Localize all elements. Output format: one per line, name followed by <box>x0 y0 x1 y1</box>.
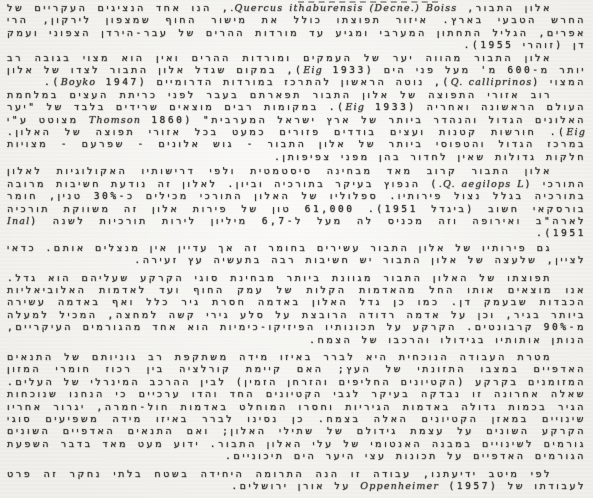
hebrew-text-run: אלון התבור, <box>457 3 552 14</box>
latin-term: Inal <box>7 216 30 227</box>
paragraph: גם פירותיו של אלון התבור עשירים בחומר זה… <box>7 243 586 268</box>
hebrew-text-run: גם פירותיו של אלון התבור עשירים בחומר זה… <box>7 243 586 266</box>
latin-term: Oppenheimer <box>360 481 439 492</box>
paragraph: אלון התבור מהווה יער של העמקים ומורדות ה… <box>7 53 586 90</box>
latin-term: Q. calliprinos <box>451 77 533 88</box>
paragraph: רוב אזורי התפוצה של אלון התבור תפארתם בע… <box>7 90 586 164</box>
latin-term: Thomson <box>89 115 141 126</box>
hebrew-text-run: ), נוטה הראשון להתרכז במורדות הדרומיים ( <box>139 77 451 88</box>
paragraph: מטרת העבודה הנוכחית היא לברר באיזו מידה … <box>7 352 586 464</box>
paragraph: אלון התבור, Quercus ithaburensis (Decne.… <box>7 3 586 53</box>
latin-term: Boyko <box>61 77 97 88</box>
latin-term: Eig <box>303 65 323 76</box>
paragraph: תפוצתו של האלון התבור מגוונת ביותר מבחינ… <box>7 273 586 347</box>
hebrew-text-run: מטרת העבודה הנוכחית היא לברר באיזו מידה … <box>7 352 586 462</box>
document-body: אלון התבור, Quercus ithaburensis (Decne.… <box>7 3 586 498</box>
hebrew-text-run: תפוצתו של האלון התבור מגוונת ביותר מבחינ… <box>7 273 586 346</box>
hebrew-text-run: 1951). <box>536 228 586 239</box>
paragraph: אלון התבור קרוב מאד מבחינה סיסטמטית ולפי… <box>7 166 586 240</box>
paragraph: לפי מיטב ידיעתנו, עבודה זו הנה התרומה הי… <box>7 469 586 494</box>
latin-term: Q. aegilops L. <box>439 179 525 190</box>
latin-term: Eig <box>345 102 365 113</box>
latin-term: Eig <box>566 127 586 138</box>
document-page: אלון התבור, Quercus ithaburensis (Decne.… <box>0 0 593 498</box>
hebrew-text-run: ). חורשות קטנות ועצים בודדים פזורים כמעט… <box>7 127 586 163</box>
latin-term: Quercus ithaburensis (Decne.) Boiss. <box>230 3 457 14</box>
